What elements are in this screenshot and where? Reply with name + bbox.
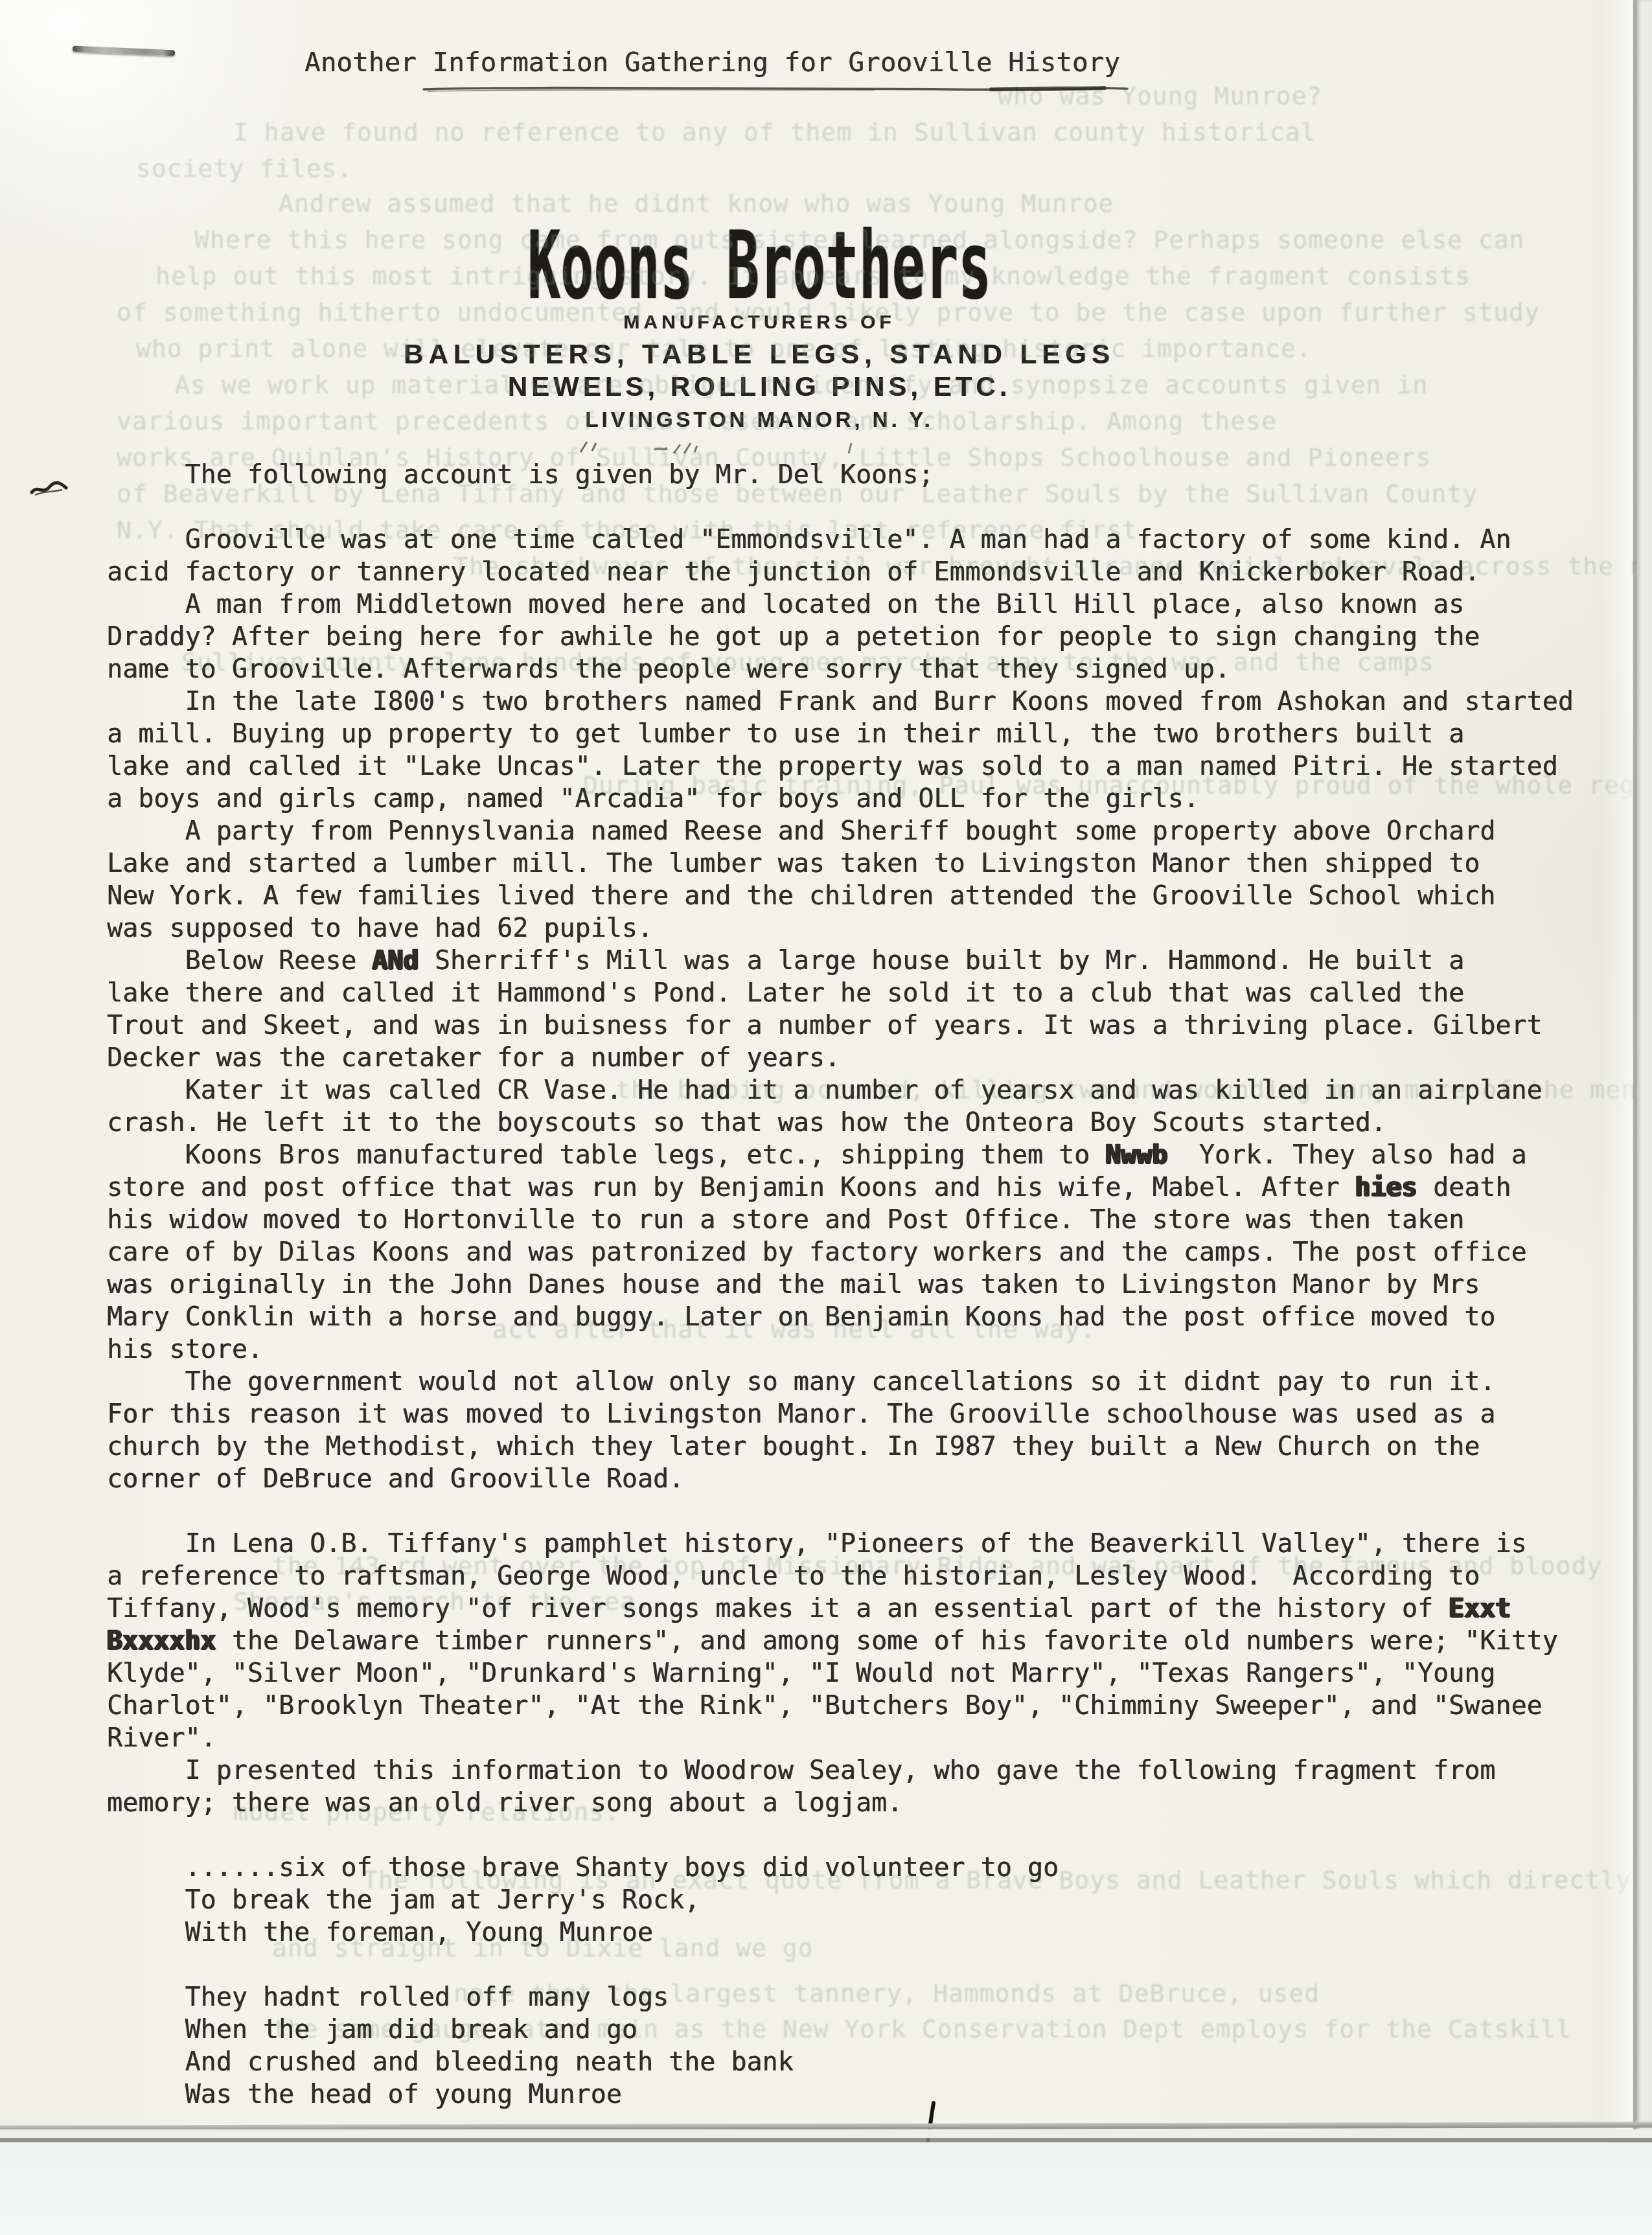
- body-line: Koons Bros manufactured table legs, etc.…: [107, 1139, 1616, 1171]
- ghost-line: society files.: [136, 154, 352, 183]
- body-line: Tiffany, Wood's memory "of river songs m…: [107, 1592, 1616, 1625]
- body-line: Bxxxxhx the Delaware timber runners", an…: [107, 1625, 1616, 1657]
- ghost-line: various important precedents of local re…: [117, 407, 1277, 435]
- body-line: A man from Middletown moved here and loc…: [107, 588, 1616, 621]
- body-line: store and post office that was run by Be…: [107, 1171, 1616, 1204]
- body-line: They hadnt rolled off many logs: [107, 1981, 1616, 2013]
- ghost-line: Andrew assumed that he didnt know who wa…: [279, 189, 1114, 218]
- ghost-line: of something hitherto undocumented, and …: [117, 298, 1540, 327]
- body-line: Draddy? After being here for awhile he g…: [107, 621, 1616, 653]
- body-line: With the foreman, Young Munroe: [107, 1916, 1616, 1949]
- body-line: was originally in the John Danes house a…: [107, 1268, 1616, 1301]
- page-bottom-gap: [0, 2129, 1652, 2138]
- body-line: name to Grooville. Afterwards the people…: [107, 653, 1616, 685]
- body-line: [107, 491, 1616, 523]
- body-line: a boys and girls camp, named "Arcadia" f…: [107, 783, 1616, 815]
- body-line: Was the head of young Munroe: [107, 2078, 1616, 2111]
- body-line: In the late I800's two brothers named Fr…: [107, 685, 1616, 718]
- ghost-line: help out this most intriguing story. It …: [155, 262, 1471, 290]
- body-line: [107, 1819, 1616, 1851]
- body-line: Trout and Skeet, and was in buisness for…: [107, 1009, 1616, 1042]
- body-line: his widow moved to Hortonville to run a …: [107, 1204, 1616, 1236]
- overstruck-word: ANd: [372, 946, 419, 976]
- ghost-line: who print alone will elevate our tale to…: [136, 334, 1312, 363]
- body-line: For this reason it was moved to Livingst…: [107, 1398, 1616, 1430]
- ink-speck-marks: [577, 435, 868, 457]
- body-line: crash. He left it to the boyscouts so th…: [107, 1106, 1616, 1139]
- body-line: lake and called it "Lake Uncas". Later t…: [107, 750, 1616, 783]
- body-line: The government would not allow only so m…: [107, 1366, 1616, 1398]
- ghost-line: Where this here song came from outs sist…: [194, 225, 1525, 254]
- body-line: Lake and started a lumber mill. The lumb…: [107, 847, 1616, 880]
- body-line: his store.: [107, 1333, 1616, 1366]
- right-underlying-surface: [1637, 0, 1652, 2138]
- body-line: When the jam did break and go: [107, 2013, 1616, 2046]
- body-line: [107, 1495, 1616, 1528]
- body-line: [107, 1949, 1616, 1981]
- overstruck-word: Nwwb: [1105, 1140, 1167, 1170]
- body-line: A party from Pennyslvania named Reese an…: [107, 815, 1616, 847]
- body-line: And crushed and bleeding neath the bank: [107, 2046, 1616, 2078]
- overstruck-word: Exxt: [1449, 1594, 1511, 1623]
- document-page: who was Young Munroe?I have found no ref…: [0, 0, 1652, 2235]
- body-line: memory; there was an old river song abou…: [107, 1787, 1616, 1819]
- body-line: corner of DeBruce and Grooville Road.: [107, 1463, 1616, 1495]
- body-line: church by the Methodist, which they late…: [107, 1430, 1616, 1463]
- body-line: Charlot", "Brooklyn Theater", "At the Ri…: [107, 1690, 1616, 1722]
- body-line: Klyde", "Silver Moon", "Drunkard's Warni…: [107, 1657, 1616, 1690]
- overstruck-word: Bxxxxhx: [107, 1626, 216, 1656]
- body-line: Kater it was called CR Vase. He had it a…: [107, 1074, 1616, 1106]
- body-line: ......six of those brave Shanty boys did…: [107, 1851, 1616, 1884]
- body-line: In Lena O.B. Tiffany's pamphlet history,…: [107, 1528, 1616, 1560]
- body-line: River".: [107, 1722, 1616, 1754]
- body-line: a reference to raftsman, George Wood, un…: [107, 1560, 1616, 1592]
- body-line: New York. A few families lived there and…: [107, 880, 1616, 912]
- pen-underline-mark: [421, 79, 1147, 98]
- body-line: was supposed to have had 62 pupils.: [107, 912, 1616, 945]
- body-line: Mary Conklin with a horse and buggy. Lat…: [107, 1301, 1616, 1333]
- body-text: The following account is given by Mr. De…: [107, 459, 1616, 2111]
- body-line: a mill. Buying up property to get lumber…: [107, 718, 1616, 750]
- overstruck-word: hies: [1355, 1173, 1417, 1202]
- margin-scribble-mark: [30, 477, 71, 499]
- body-line: Below Reese ANd Sherriff's Mill was a la…: [107, 945, 1616, 977]
- body-line: Decker was the caretaker for a number of…: [107, 1042, 1616, 1074]
- ghost-line: As we work up material we are obliged to…: [175, 371, 1428, 399]
- body-line: I presented this information to Woodrow …: [107, 1754, 1616, 1787]
- body-line: The following account is given by Mr. De…: [107, 459, 1616, 491]
- body-line: acid factory or tannery located near the…: [107, 556, 1616, 588]
- body-line: Grooville was at one time called "Emmond…: [107, 523, 1616, 556]
- body-line: care of by Dilas Koons and was patronize…: [107, 1236, 1616, 1268]
- under-sheet: [0, 2142, 1652, 2235]
- under-page-edge: [0, 2138, 1652, 2142]
- body-line: lake there and called it Hammond's Pond.…: [107, 977, 1616, 1009]
- ghost-line: I have found no reference to any of them…: [233, 118, 1316, 146]
- body-line: To break the jam at Jerry's Rock,: [107, 1884, 1616, 1916]
